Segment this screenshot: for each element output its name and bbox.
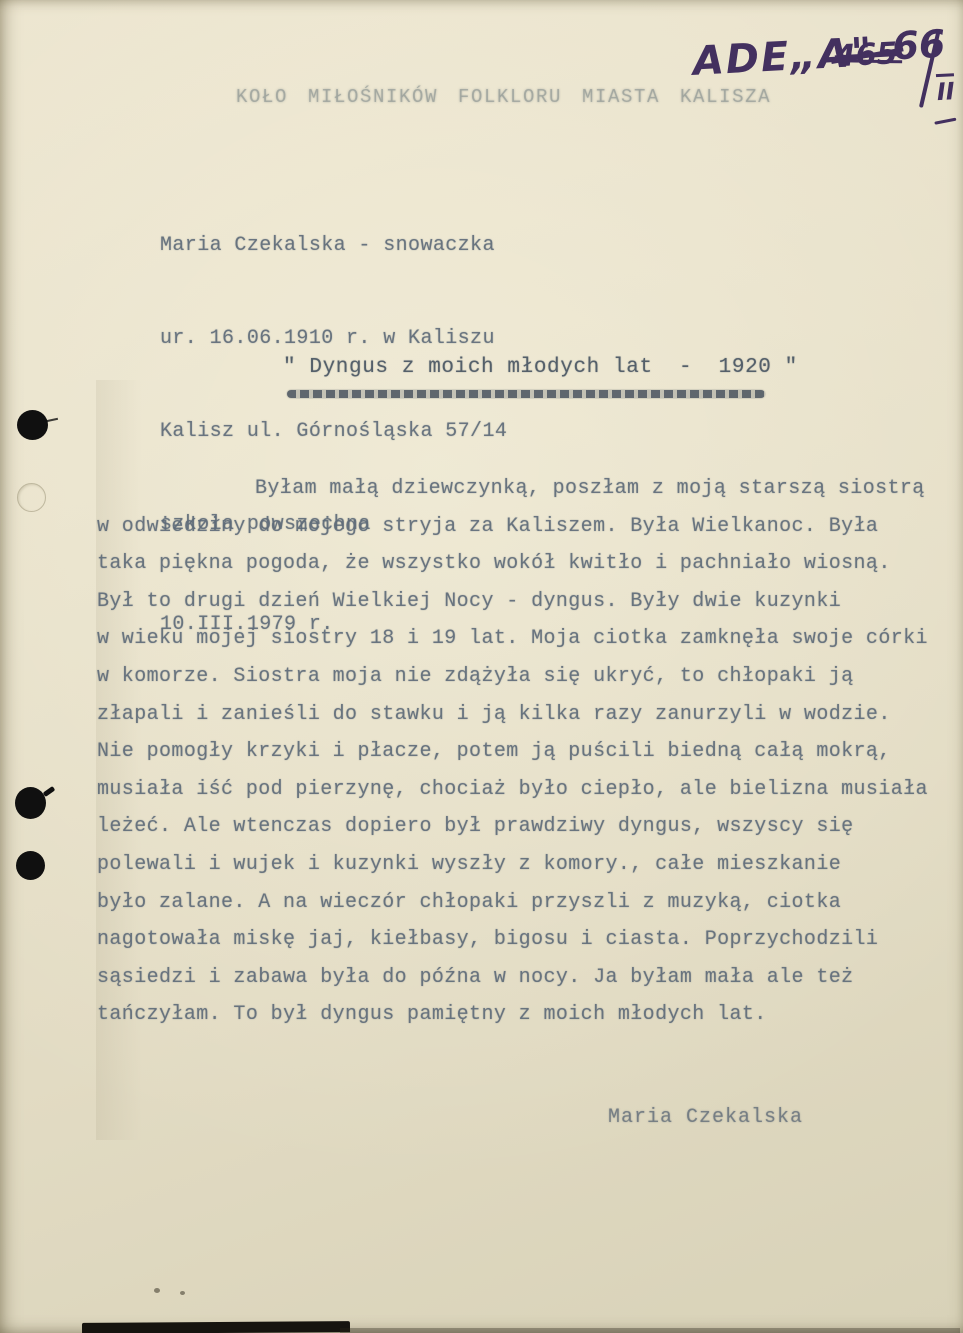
body-line: złapali i zanieśli do stawku i ją kilka …	[97, 696, 939, 734]
body-line: nagotowała miskę jaj, kiełbasy, bigosu i…	[97, 921, 939, 959]
body-line: Był to drugi dzień Wielkiej Nocy - dyngu…	[97, 583, 939, 621]
ink-dot-mark	[17, 410, 48, 440]
author-birth-line: ur. 16.06.1910 r. w Kaliszu	[160, 323, 507, 354]
blind-punch-ring	[17, 483, 46, 512]
annotation-crossed-out-number: 465	[834, 36, 898, 74]
paper-speck	[154, 1288, 160, 1293]
scan-edge-dark-band	[82, 1321, 350, 1333]
paper-speck	[180, 1291, 185, 1295]
document-title: " Dyngus z moich młodych lat - 1920 "	[283, 356, 798, 379]
scanned-document-page: KOŁO MIŁOŚNIKÓW FOLKLORU MIASTA KALISZA …	[0, 0, 963, 1333]
signature-name: Maria Czekalska	[608, 1106, 803, 1129]
ink-dot-mark	[16, 851, 45, 880]
annotation-number: 66	[891, 22, 946, 69]
body-line: w wieku mojej siostry 18 i 19 lat. Moja …	[97, 620, 939, 658]
body-line: taka piękna pogoda, że wszystko wokół kw…	[97, 545, 939, 583]
scan-edge-shadow	[340, 1328, 960, 1333]
body-line: tańczyłam. To był dyngus pamiętny z moic…	[97, 996, 939, 1034]
body-line: w odwiedziny do mojego stryja za Kalisze…	[97, 508, 939, 546]
body-line: Nie pomogły krzyki i płacze, potem ją pu…	[97, 733, 939, 771]
annotation-underline-dash	[934, 118, 956, 125]
body-line: polewali i wujek i kuzynki wyszły z komo…	[97, 846, 939, 884]
annotation-denominator: II	[936, 73, 956, 106]
body-line: Byłam małą dziewczynką, poszłam z moją s…	[97, 470, 939, 508]
body-line: było zalane. A na wieczór chłopaki przys…	[97, 884, 939, 922]
body-line: w komorze. Siostra moja nie zdążyła się …	[97, 658, 939, 696]
body-line: leżeć. Ale wtenczas dopiero był prawdziw…	[97, 808, 939, 846]
author-name-line: Maria Czekalska - snowaczka	[160, 230, 507, 261]
body-line: sąsiedzi i zabawa była do późna w nocy. …	[97, 959, 939, 997]
memoir-body: Byłam małą dziewczynką, poszłam z moją s…	[97, 470, 939, 1034]
ink-dot-mark	[15, 787, 46, 819]
author-address-line: Kalisz ul. Górnośląska 57/14	[160, 416, 507, 447]
title-underline-decoration	[287, 390, 765, 398]
body-line: musiała iść pod pierzynę, chociaż było c…	[97, 771, 939, 809]
handwritten-annotation: ADE„A" 465 66 II	[685, 7, 963, 151]
